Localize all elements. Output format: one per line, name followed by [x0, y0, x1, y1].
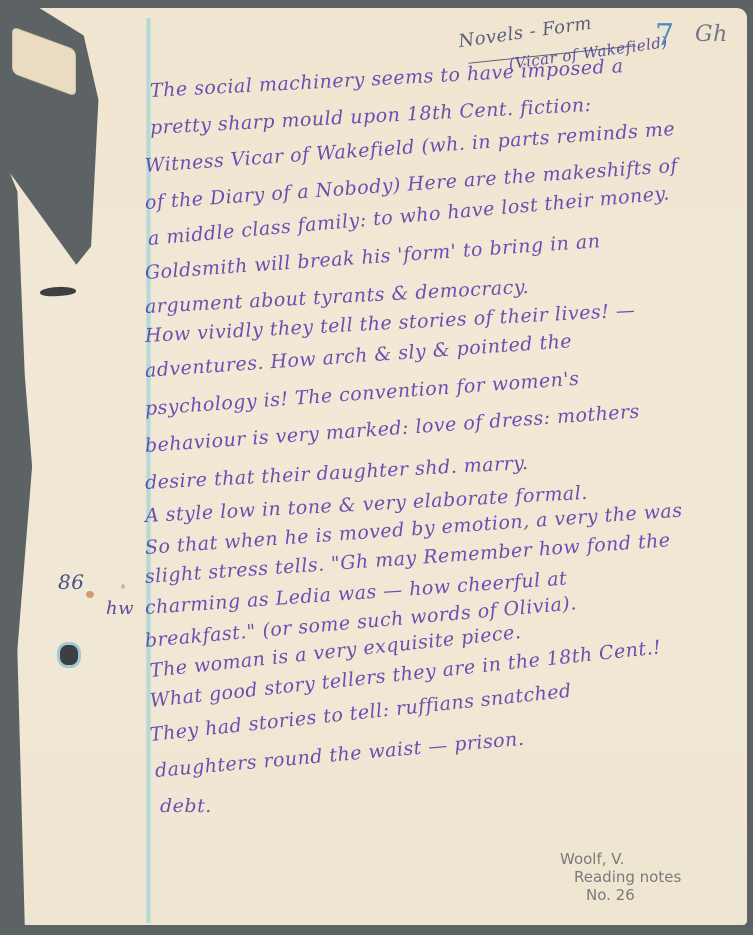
- folded-corner: [12, 26, 76, 96]
- stain: [86, 591, 94, 598]
- page-number: 7: [655, 18, 675, 53]
- catalog-description: Reading notes: [560, 868, 681, 886]
- manuscript-line: debt.: [160, 795, 212, 817]
- stain: [121, 584, 125, 589]
- margin-word: hw: [106, 598, 134, 619]
- paper-hole: [60, 645, 78, 665]
- catalog-number: No. 26: [560, 886, 681, 904]
- catalog-author: Woolf, V.: [560, 850, 681, 868]
- margin-number: 86: [58, 570, 84, 594]
- header-initials: Gh: [695, 22, 728, 47]
- catalog-label: Woolf, V. Reading notes No. 26: [560, 850, 681, 904]
